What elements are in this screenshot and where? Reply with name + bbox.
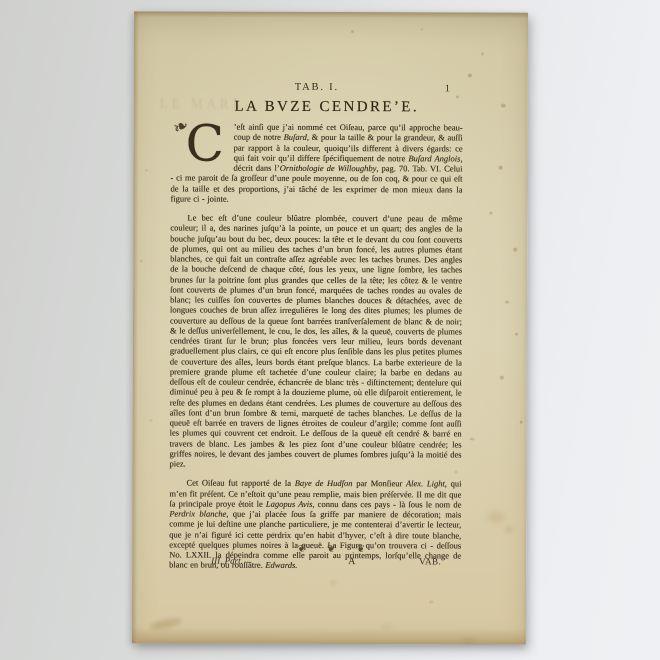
drop-cap-letter: C	[186, 119, 224, 167]
foxing-spot	[504, 527, 513, 533]
paragraph: Le bec eſt d’une couleur blûatre plombée…	[170, 212, 463, 469]
italic-text-segment: Perdrix blanche	[169, 508, 226, 518]
foxing-spot	[421, 28, 423, 30]
foxing-spot	[351, 30, 354, 33]
foxing-spot	[272, 532, 275, 534]
tab-label: TAB. I.	[295, 82, 339, 93]
foxing-spot	[470, 437, 475, 440]
page-header: TAB. I. 1	[171, 81, 463, 96]
text-segment: par Monſieur	[353, 478, 406, 488]
foxing-spot	[429, 600, 433, 603]
foxing-spot	[500, 376, 504, 380]
body-paragraphs: ❧C’eſt ainſi que j’ai nommé cet Oiſeau, …	[169, 121, 463, 580]
foxing-spot	[330, 580, 336, 585]
italic-text-segment: Baye de Hudſon	[295, 478, 353, 488]
foxing-spot	[513, 248, 517, 252]
document-page: LE MARL TAB. I. 1 LA BVZE CENDRE’E. ❧C’e…	[132, 11, 528, 644]
text-segment: , connu dans ces pays - là ſous le nom d…	[312, 499, 461, 510]
signature-mark: A	[348, 556, 355, 567]
foxing-spot	[499, 166, 503, 170]
top-edge-aging	[134, 11, 528, 18]
text-segment: Le bec eſt d’une couleur blûatre plombée…	[170, 213, 463, 469]
foxing-spot	[150, 419, 153, 421]
foxing-spot	[468, 73, 472, 77]
foxing-spot	[489, 212, 492, 215]
part-label: III, Part.	[211, 556, 243, 566]
fleuron-icon: ❦	[327, 544, 335, 555]
foxing-spot	[505, 301, 509, 304]
page-footer: III, Part. A VAB.	[169, 555, 461, 570]
foxing-spot	[487, 511, 505, 524]
foxing-spot	[450, 260, 453, 262]
italic-text-segment: Buſard	[284, 132, 307, 142]
fleuron-icon: ❦	[357, 544, 365, 555]
bottom-edge-aging	[132, 627, 526, 644]
ornament-row: ❦ ❦ ❦	[185, 543, 477, 555]
foxing-spot	[481, 53, 484, 56]
foxing-spot	[146, 169, 148, 171]
fleuron-icon: ❦	[297, 544, 305, 555]
drop-cap-initial: ❧C	[178, 122, 230, 163]
page-number: 1	[445, 83, 450, 94]
paragraph: ❧C’eſt ainſi que j’ai nommé cet Oiſeau, …	[170, 121, 462, 204]
catchword: VAB.	[419, 556, 441, 566]
italic-text-segment: Buſard Anglois	[408, 153, 460, 163]
foxing-spot	[501, 104, 506, 108]
text-segment: Cet Oiſeau fut rapporté de la	[186, 478, 294, 488]
italic-text-segment: Alex. Light	[406, 479, 445, 489]
italic-text-segment: Lagopus Avis	[266, 499, 313, 509]
foxing-spot	[515, 333, 518, 336]
foxing-spot	[374, 132, 376, 134]
page-title: LA BVZE CENDRE’E.	[181, 98, 473, 116]
foxing-spot	[456, 95, 459, 98]
foxing-spot	[193, 312, 195, 314]
italic-text-segment: Ornithologie de Willoughby	[280, 163, 377, 173]
foxing-spot	[520, 421, 523, 424]
left-edge-aging	[132, 11, 139, 643]
foxing-spot	[454, 470, 457, 473]
foxing-spot	[140, 259, 142, 262]
